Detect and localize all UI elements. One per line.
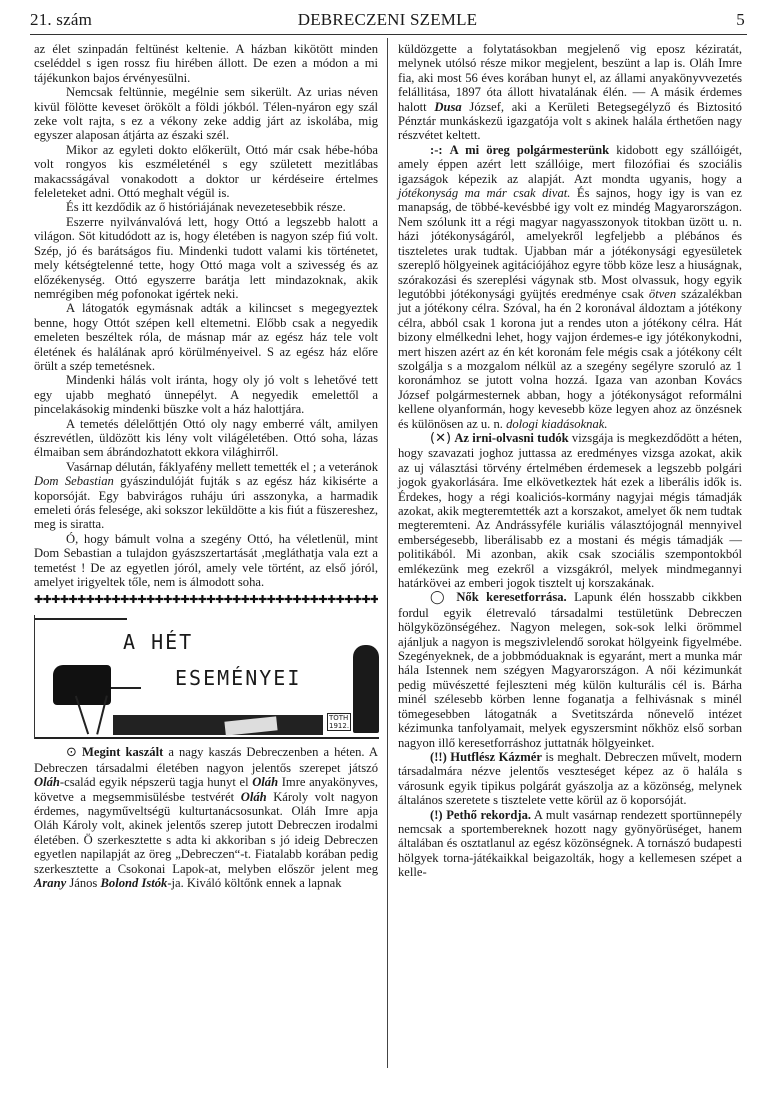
news-item: (!!) Hutflész Kázmér is meghalt. Debrecz…	[398, 750, 742, 808]
news-headline: Nők keresetforrása.	[456, 590, 566, 604]
news-headline: A mi öreg polgármesterünk	[450, 143, 610, 157]
artist-signature: TÓTH1912.	[327, 713, 351, 731]
cross-in-parens-icon: (✕)	[430, 431, 451, 446]
news-item: (!) Pethő rekordja. A mult vasárnap rend…	[398, 808, 742, 880]
signature-year: 1912.	[329, 722, 349, 730]
name-emphasis: Oláh	[34, 775, 60, 789]
news-continuation: küldözgette a folytatásokban megjelenő v…	[398, 42, 742, 143]
text-run: És sajnos, hogy igy is van ez manapság, …	[398, 186, 742, 301]
banner-title-line2: ESEMÉNYEI	[175, 671, 301, 685]
text-run: vizsgája is megkezdődött a héten, hogy s…	[398, 431, 742, 590]
photographer-figure-icon	[353, 645, 379, 733]
double-exclamation-icon: (!!)	[430, 750, 447, 764]
news-item: ⊙ Megint kaszált a nagy kaszás Debreczen…	[34, 745, 378, 890]
banner-rule	[35, 737, 379, 739]
page-header: 21. szám DEBRECZENI SZEMLE 5	[30, 10, 745, 36]
text-run: -ja. Kiváló költőnk ennek a lapnak	[167, 876, 341, 890]
story-paragraph: Mindenki hálás volt iránta, hogy oly jó …	[34, 373, 378, 416]
text-run: János	[66, 876, 100, 890]
text-run: Vasárnap délután, fáklyafény mellett tem…	[66, 460, 378, 474]
text-run: -család egyik népszerü tagja hunyt el	[60, 775, 252, 789]
story-paragraph: A látogatók egymásnak adták a kilincset …	[34, 301, 378, 373]
name-emphasis: Dusa	[434, 100, 461, 114]
word-emphasis: ötven	[649, 287, 676, 301]
text-run: százalékban jut a jótékony célra. Szóval…	[398, 287, 742, 431]
circle-dot-icon: ⊙	[66, 745, 77, 760]
story-paragraph: Eszerre nyilvánvalóvá lett, hogy Ottó a …	[34, 215, 378, 301]
name-emphasis: Arany	[34, 876, 66, 890]
story-paragraph: És itt kezdődik az ő históriájának nevez…	[34, 200, 378, 214]
news-headline: Megint kaszált	[82, 745, 163, 759]
story-paragraph: Vasárnap délután, fáklyafény mellett tem…	[34, 460, 378, 532]
header-rule	[30, 34, 747, 35]
left-column: az élet szinpadán feltünést keltenie. A …	[34, 42, 378, 891]
signature-name: TÓTH	[329, 714, 348, 722]
quote-emphasis: jótékonyság ma már csak divat.	[398, 186, 570, 200]
story-paragraph: Nemcsak feltünnie, megélnie sem sikerült…	[34, 85, 378, 143]
camera-lens-icon	[111, 687, 141, 689]
story-paragraph: az élet szinpadán feltünést keltenie. A …	[34, 42, 378, 85]
news-item: :-: A mi öreg polgármesterünk kidobott e…	[398, 143, 742, 431]
phrase-emphasis: dologi kiadásoknak.	[506, 417, 607, 431]
exclamation-icon: (!)	[430, 808, 443, 822]
name-emphasis: Oláh	[241, 790, 267, 804]
banner-rule	[35, 618, 127, 620]
story-paragraph: Ó, hogy bámult volna a szegény Ottó, ha …	[34, 532, 378, 590]
news-headline: Pethő rekordja.	[446, 808, 531, 822]
circle-icon: ◯	[430, 590, 449, 605]
story-paragraph: A temetés délelőttjén Ottó oly nagy embe…	[34, 417, 378, 460]
news-headline: Hutflész Kázmér	[450, 750, 542, 764]
news-headline: Az irni-olvasni tudók	[454, 431, 568, 445]
text-run: Lapunk élén hosszabb cikkben fordul egyi…	[398, 590, 742, 749]
column-divider	[387, 38, 388, 1068]
section-banner-illustration: A HÉT ESEMÉNYEI TÓTH1912.	[34, 615, 379, 739]
title-emphasis: Bolond Istók	[101, 876, 168, 890]
italic-title: Dom Sebastian	[34, 474, 114, 488]
right-column: küldözgette a folytatásokban megjelenő v…	[398, 42, 742, 880]
table-illustration	[113, 715, 323, 735]
banner-title-line1: A HÉT	[123, 635, 193, 649]
name-emphasis: Oláh	[252, 775, 278, 789]
separator-symbol-icon: :-:	[430, 143, 443, 157]
news-item: ◯ Nők keresetforrása. Lapunk élén hossza…	[398, 590, 742, 749]
newspaper-title: DEBRECZENI SZEMLE	[30, 10, 745, 30]
camera-icon	[53, 665, 111, 705]
news-item: (✕) Az irni-olvasni tudók vizsgája is me…	[398, 431, 742, 590]
story-paragraph: Mikor az egyleti dokto előkerült, Ottó m…	[34, 143, 378, 201]
ornament-divider: ✚✚✚✚✚✚✚✚✚✚✚✚✚✚✚✚✚✚✚✚✚✚✚✚✚✚✚✚✚✚✚✚✚✚✚✚✚✚✚✚…	[34, 593, 378, 607]
